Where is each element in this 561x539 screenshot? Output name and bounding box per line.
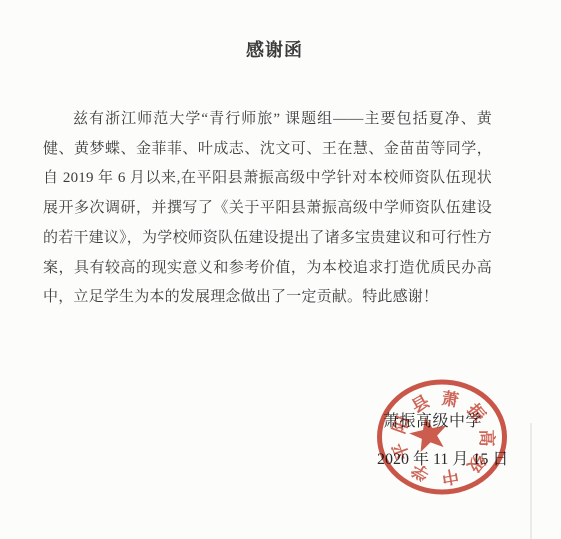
seal-arc-char: 阳	[389, 413, 413, 435]
seal-arc-char: 中	[440, 466, 460, 489]
seal-arc-char: 高	[477, 430, 497, 447]
seal-arc-char: 学	[408, 459, 433, 485]
scan-artifact-line	[530, 423, 532, 539]
seal-arc-char: 萧	[440, 388, 460, 411]
seal-arc-char: 级	[463, 450, 489, 476]
official-seal-stamp: 平 阳 县 萧 振 高 级 中 学	[374, 377, 512, 499]
seal-arc-char: 平	[388, 440, 413, 463]
letter-body-paragraph: 兹有浙江师范大学“青行师旅” 课题组——主要包括夏净、黄健、黄梦蝶、金菲菲、叶成…	[43, 105, 492, 313]
seal-arc-char: 县	[408, 392, 432, 417]
letter-title: 感谢函	[0, 36, 549, 62]
seal-star-icon	[407, 413, 451, 453]
seal-arc-char: 振	[463, 399, 490, 426]
scanned-letter-page: 感谢函 兹有浙江师范大学“青行师旅” 课题组——主要包括夏净、黄健、黄梦蝶、金菲…	[0, 0, 561, 539]
seal-arc-text: 平 阳 县 萧 振 高 级 中 学	[388, 388, 497, 488]
